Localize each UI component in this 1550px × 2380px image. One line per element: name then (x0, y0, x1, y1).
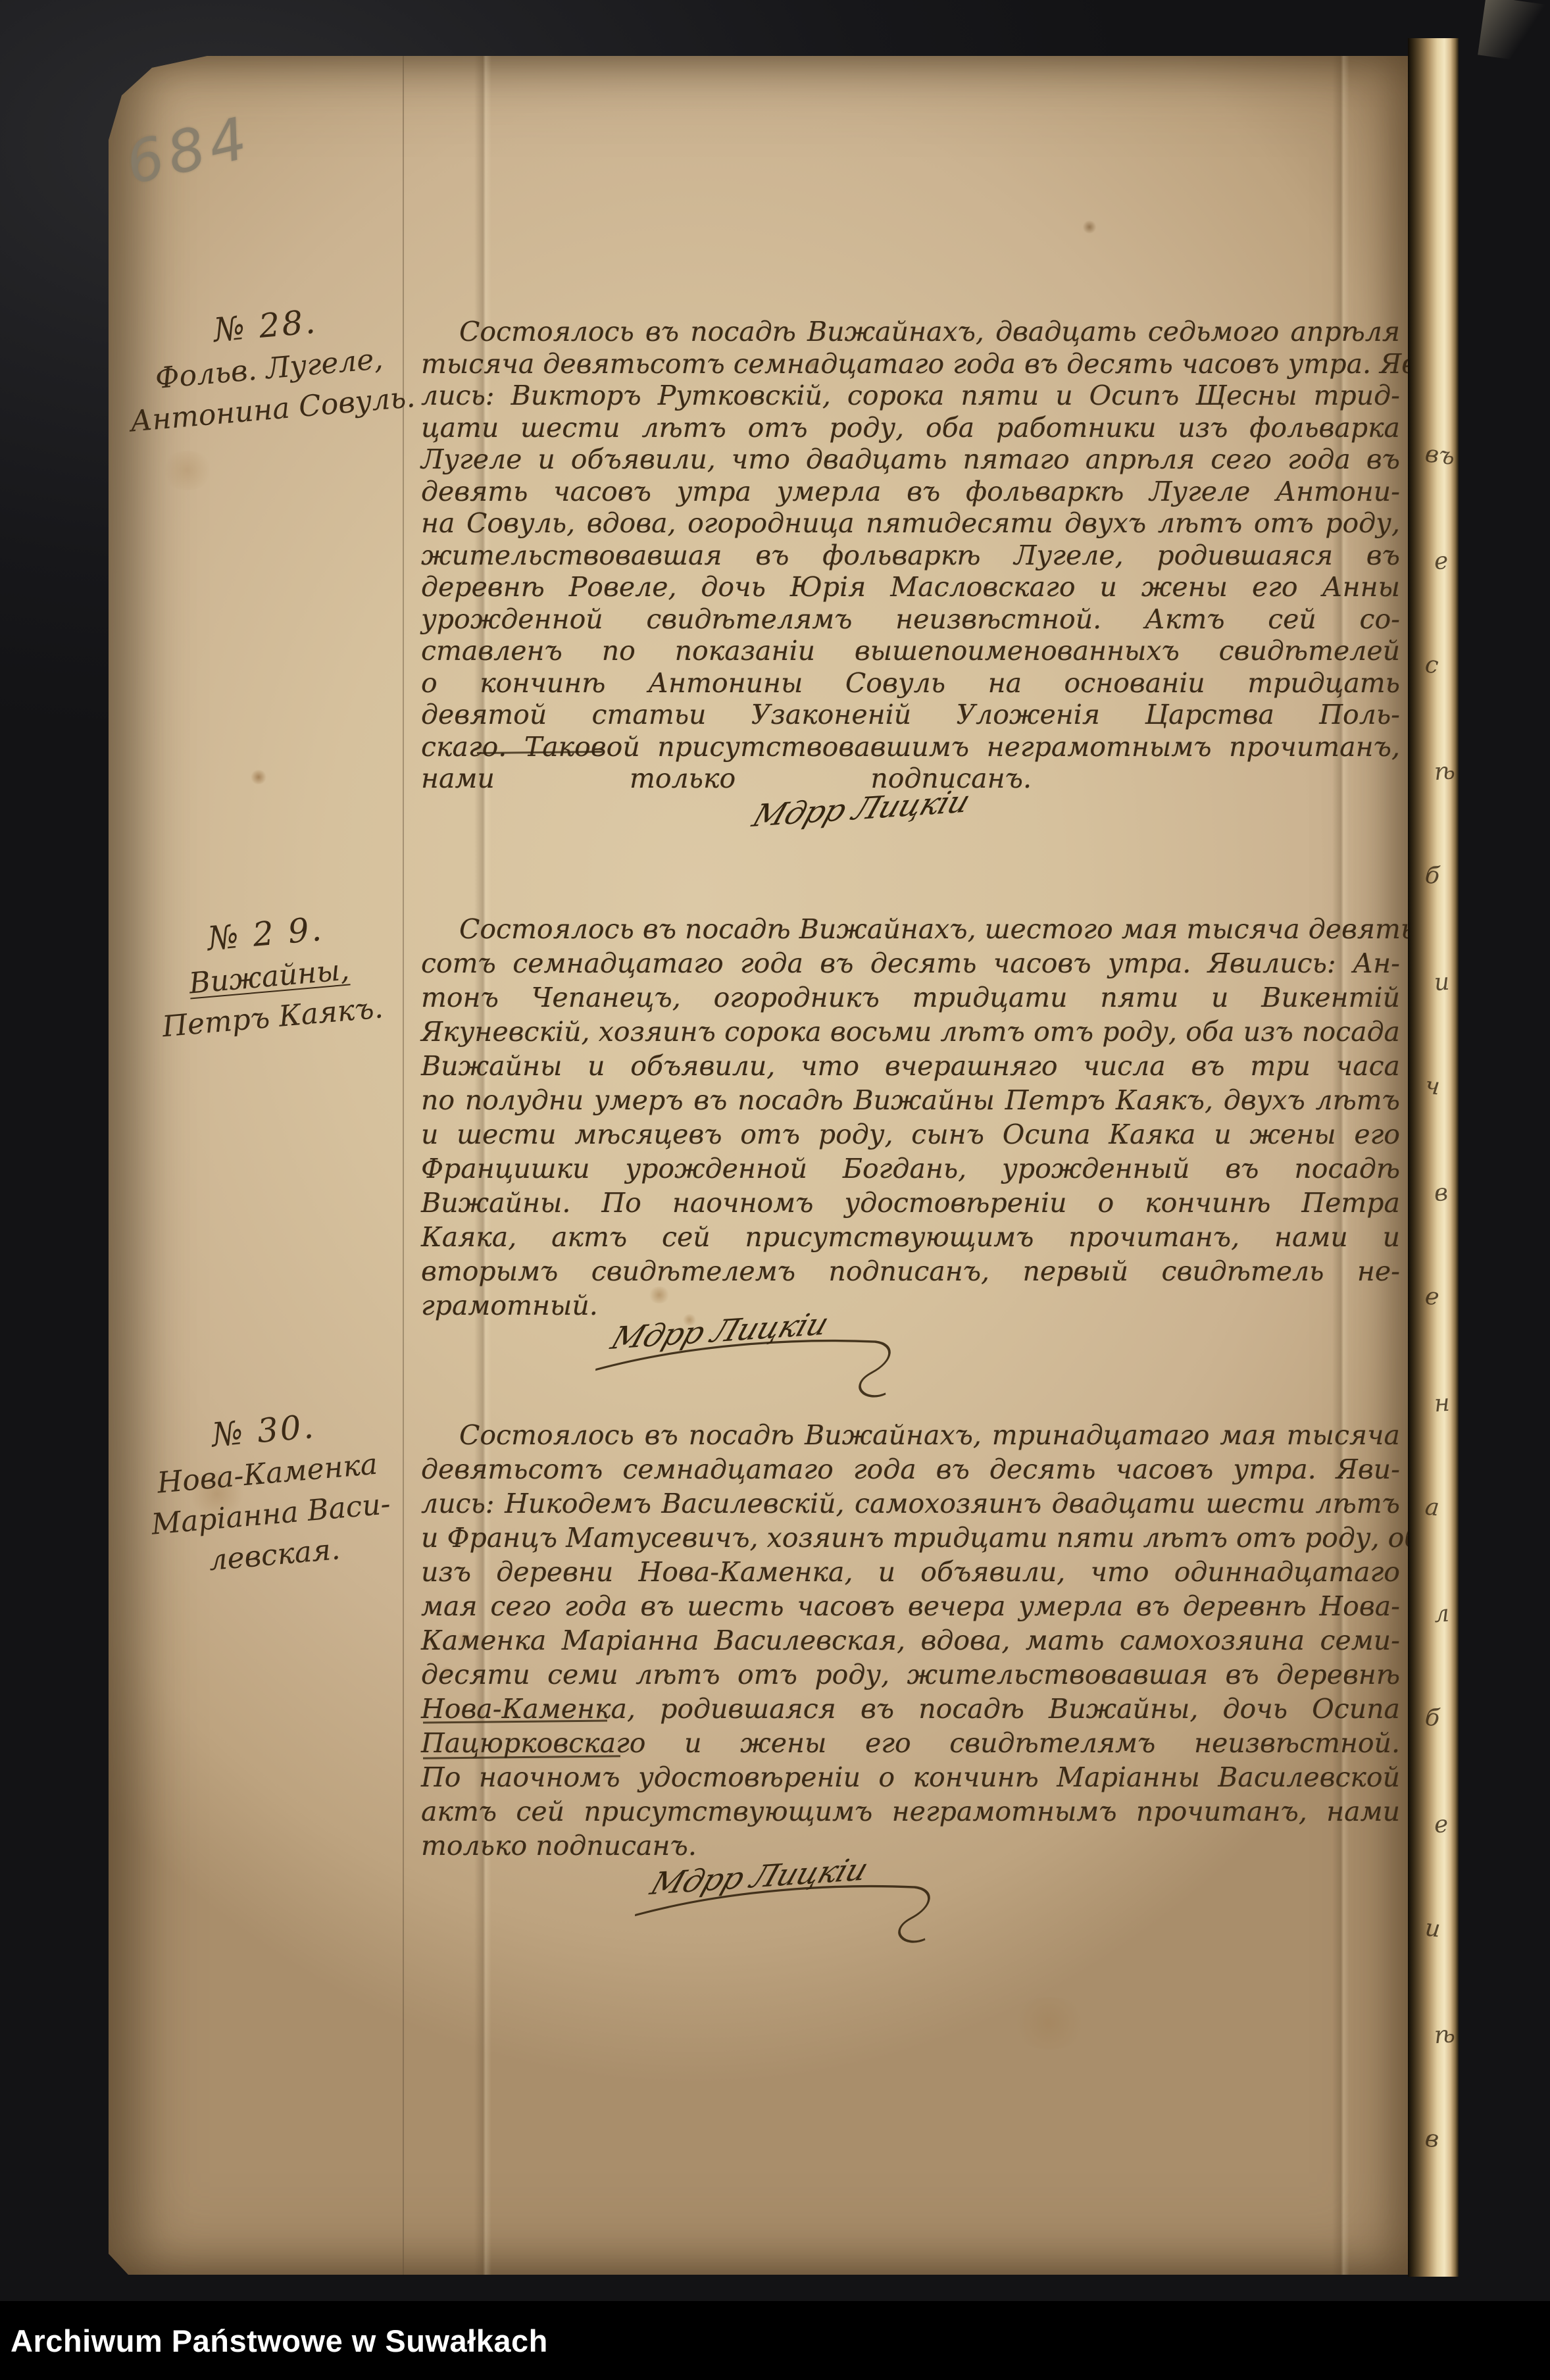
handwriting-fragment: ч (1420, 1037, 1463, 1139)
archive-caption-bar: Archiwum Państwowe w Suwałkach (0, 2301, 1550, 2380)
entry-28-marginalia: № 28. Фольв. Лугеле,Антонина Совуль. (121, 294, 418, 442)
handwriting-fragment: и (1430, 926, 1462, 1039)
handwriting-fragment: и (1420, 1879, 1463, 1981)
handwriting-fragment: л (1430, 1557, 1462, 1671)
handwriting-fragment: в (1430, 1136, 1462, 1250)
handwritten-line: девятой статьи Узаконеній Уложенія Царст… (421, 699, 1400, 731)
handwriting-fragment: е (1430, 505, 1462, 618)
handwritten-line: Вижайны. По наочномъ удостовѣреніи о кон… (421, 1187, 1400, 1221)
handwritten-line: Состоялось въ посадѣ Вижайнахъ, шестого … (421, 913, 1400, 948)
handwritten-line: Состоялось въ посадѣ Вижайнахъ, двадцать… (421, 316, 1400, 348)
handwritten-line: Состоялось въ посадѣ Вижайнахъ, тринадца… (421, 1419, 1400, 1454)
entry-30-marginalia: № 30. Нова-КаменкаМаріанна Васи-левская. (119, 1399, 419, 1588)
handwriting-fragment: а (1420, 1458, 1463, 1560)
handwriting-fragment: ѣ (1430, 715, 1462, 828)
handwritten-line: цати шести лѣтъ отъ роду, оба работники … (421, 412, 1400, 444)
handwritten-line: урожденной свидѣтелямъ неизвѣстной. Актъ… (421, 603, 1400, 636)
handwriting-fragment: б (1420, 1669, 1463, 1771)
handwritten-line: десяти семи лѣтъ отъ роду, жительствовав… (421, 1659, 1400, 1693)
handwritten-line: сотъ семнадцатаго года въ десять часовъ … (421, 948, 1400, 982)
entry-29-marginalia: № 2 9. Вижайны,Петръ Каякъ. (121, 902, 418, 1050)
handwritten-line: тысяча девятьсотъ семнадцатаго года въ д… (421, 348, 1400, 380)
handwritten-line: вторымъ свидѣтелемъ подписанъ, первый св… (421, 1255, 1400, 1290)
handwritten-line: актъ сей присутствующимъ неграмотнымъ пр… (421, 1796, 1400, 1830)
handwriting-fragment: е (1430, 1768, 1462, 1881)
handwritten-line: о кончинѣ Антонины Совуль на основаніи т… (421, 667, 1400, 699)
handwritten-line: и шести мѣсяцевъ отъ роду, сынъ Осипа Ка… (421, 1119, 1400, 1153)
handwritten-line: только подписанъ. (421, 1830, 1400, 1864)
handwriting-fragment: с (1420, 616, 1463, 718)
register-page: 684 № 28. Фольв. Лугеле,Антонина Совуль.… (109, 56, 1410, 2275)
handwritten-line: лись: Викторъ Рутковскій, сорока пяти и … (421, 380, 1400, 412)
handwritten-line: и Францъ Матусевичъ, хозяинъ тридцати пя… (421, 1522, 1400, 1556)
handwritten-line: Францишки урожденной Богдань, урожденный… (421, 1153, 1400, 1187)
handwriting-fragment: б (1420, 826, 1463, 928)
stain (161, 451, 214, 490)
page-edge-glint (1478, 0, 1545, 63)
handwritten-line: грамотный. (421, 1290, 1400, 1324)
handwriting-fragment: въ (1420, 405, 1463, 507)
stain (250, 770, 267, 784)
handwritten-line: ставленъ по показаніи вышепоименованныхъ… (421, 635, 1400, 667)
handwritten-line: тонъ Чепанецъ, огородникъ тридцати пяти … (421, 982, 1400, 1016)
handwritten-line: по полудни умеръ въ посадѣ Вижайны Петръ… (421, 1084, 1400, 1119)
handwritten-line: скаго. Таковой присутствовавшимъ неграмо… (421, 731, 1400, 763)
handwritten-line: девять часовъ утра умерла въ фольваркѣ Л… (421, 476, 1400, 508)
handwriting-fragment: е (1420, 1248, 1463, 1350)
scanned-book-photo: 684 № 28. Фольв. Лугеле,Антонина Совуль.… (0, 0, 1550, 2380)
handwritten-line: Нова-Каменка, родившаяся въ посадѣ Вижай… (421, 1693, 1400, 1727)
handwritten-line: Каяка, актъ сей присутствующимъ прочитан… (421, 1221, 1400, 1255)
handwritten-line: жительствовавшая въ фольваркѣ Лугеле, ро… (421, 540, 1400, 572)
stain (1010, 1997, 1089, 2050)
handwritten-line: По наочномъ удостовѣреніи о кончинѣ Марі… (421, 1761, 1400, 1796)
handwritten-line: изъ деревни Нова-Каменка, и объявили, чт… (421, 1556, 1400, 1590)
handwritten-line: лись: Никодемъ Василевскій, самохозяинъ … (421, 1488, 1400, 1522)
next-page-edge: въесѣбичвеналбеиѣв (1408, 38, 1459, 2277)
handwriting-fragment: ѣ (1430, 1979, 1462, 2092)
entry-30-body-text: Состоялось въ посадѣ Вижайнахъ, тринадца… (421, 1419, 1400, 1864)
entry-margin-note: Нова-КаменкаМаріанна Васи-левская. (123, 1441, 420, 1588)
handwriting-fragment: н (1430, 1347, 1462, 1460)
pencil-page-number: 684 (120, 103, 258, 198)
archive-name-label: Archiwum Państwowe w Suwałkach (11, 2323, 548, 2359)
handwritten-line: Лугеле и объявили, что двадцать пятаго а… (421, 443, 1400, 476)
handwritten-line: Вижайны и объявили, что вчерашняго числа… (421, 1050, 1400, 1084)
entry-29-body-text: Состоялось въ посадѣ Вижайнахъ, шестого … (421, 913, 1400, 1324)
handwritten-line: Якуневскій, хозяинъ сорока восьми лѣтъ о… (421, 1016, 1400, 1050)
handwritten-line: Каменка Маріанна Василевская, вдова, мат… (421, 1625, 1400, 1659)
handwriting-fragment: в (1420, 2090, 1463, 2192)
handwritten-line: девятьсотъ семнадцатаго года въ десять ч… (421, 1454, 1400, 1488)
handwritten-line: мая сего года въ шесть часовъ вечера уме… (421, 1590, 1400, 1625)
handwritten-line: на Совуль, вдова, огородница пятидесяти … (421, 507, 1400, 540)
stain (1082, 220, 1097, 234)
handwritten-line: деревнѣ Ровеле, дочь Юрія Масловскаго и … (421, 571, 1400, 603)
entry-28-body-text: Состоялось въ посадѣ Вижайнахъ, двадцать… (421, 316, 1400, 795)
